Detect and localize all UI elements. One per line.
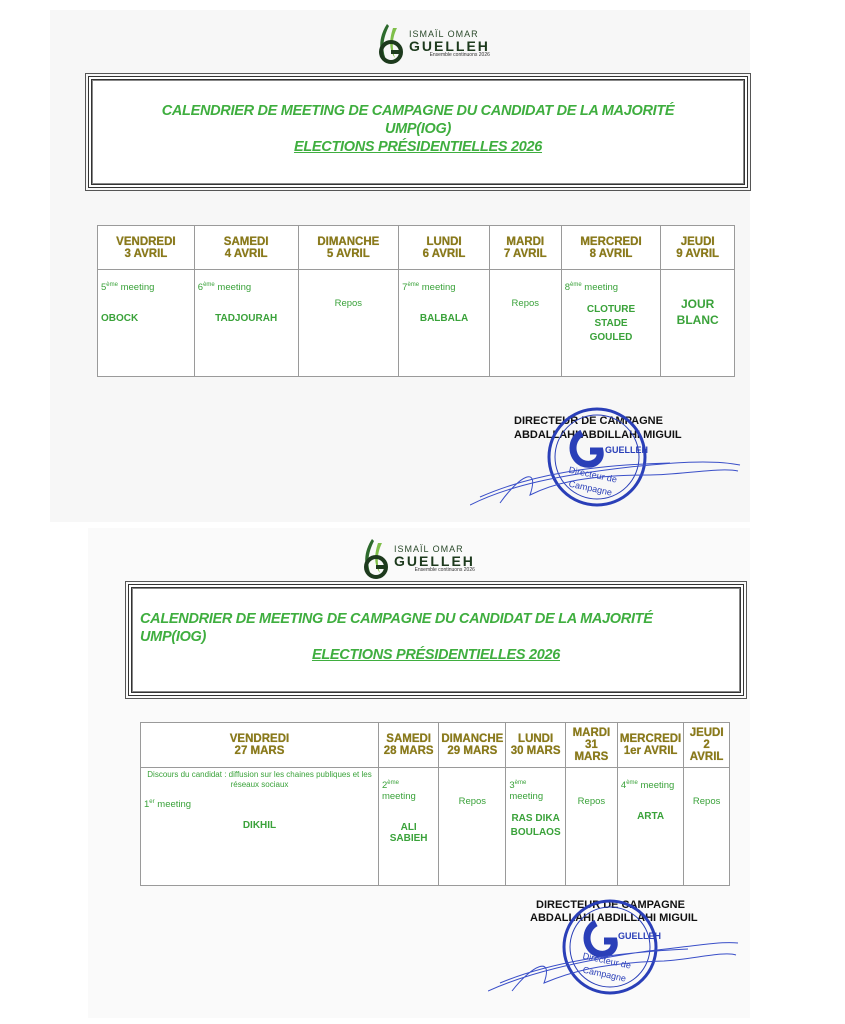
- title-line-3: ELECTIONS PRÉSIDENTIELLES 2026: [92, 138, 744, 156]
- day-date: 3 AVRIL: [100, 248, 192, 260]
- title-line-3: ELECTIONS PRÉSIDENTIELLES 2026: [140, 646, 732, 664]
- meeting-ordinal: ème: [106, 282, 118, 288]
- rest-day-label: Repos: [687, 796, 726, 807]
- title-box: CALENDRIER DE MEETING DE CAMPAGNE DU CAN…: [88, 76, 748, 188]
- day-name: VENDREDI: [143, 733, 376, 745]
- day-name: SAMEDI: [381, 733, 436, 745]
- day-date: 5 AVRIL: [301, 248, 397, 260]
- campaign-logo: ISMAÏL OMAR GUELLEH Ensemble continuons …: [373, 22, 490, 66]
- rest-day-label: Repos: [493, 298, 558, 309]
- meeting-label: 8ème meeting: [565, 282, 658, 293]
- day-cell: 5ème meetingOBOCK: [98, 270, 195, 377]
- day-cell: Repos: [684, 768, 730, 886]
- logo-last-name: GUELLEH: [394, 554, 475, 568]
- day-header: JEUDI2 AVRIL: [684, 723, 730, 768]
- day-header: JEUDI9 AVRIL: [661, 226, 735, 270]
- calendar-table-march: VENDREDI27 MARSSAMEDI28 MARSDIMANCHE29 M…: [140, 722, 730, 886]
- day-name: LUNDI: [401, 236, 487, 248]
- meeting-location-line: STADE: [565, 317, 658, 331]
- day-header: MERCREDI1er AVRIL: [617, 723, 683, 768]
- day-cell: 2ème meetingALI SABIEH: [378, 768, 438, 886]
- day-cell: 8ème meetingCLOTURESTADEGOULED: [561, 270, 661, 377]
- day-name: DIMANCHE: [441, 733, 503, 745]
- meeting-location-line: BOULAOS: [509, 826, 562, 840]
- meeting-label: 7ème meeting: [402, 282, 486, 293]
- calendar-table-april: VENDREDI3 AVRILSAMEDI4 AVRILDIMANCHE5 AV…: [97, 225, 735, 377]
- day-cell: 6ème meetingTADJOURAH: [194, 270, 298, 377]
- day-cell: 4ème meetingARTA: [617, 768, 683, 886]
- meeting-word: meeting: [582, 282, 618, 293]
- day-name: MARDI: [492, 236, 559, 248]
- meeting-ordinal: ème: [515, 780, 527, 786]
- meeting-label: 4ème meeting: [621, 780, 680, 791]
- campaign-stamp-icon: GUELLEH Directeur de Campagne: [470, 405, 750, 515]
- meeting-ordinal: ème: [387, 780, 399, 786]
- meeting-location: OBOCK: [101, 313, 191, 324]
- day-name: DIMANCHE: [301, 236, 397, 248]
- day-date: 29 MARS: [441, 745, 503, 757]
- meeting-label: 6ème meeting: [198, 282, 295, 293]
- header-row: VENDREDI3 AVRILSAMEDI4 AVRILDIMANCHE5 AV…: [98, 226, 735, 270]
- day-header: DIMANCHE29 MARS: [439, 723, 506, 768]
- day-header: VENDREDI3 AVRIL: [98, 226, 195, 270]
- day-cell: Discours du candidat : diffusion sur les…: [141, 768, 379, 886]
- meeting-label: 3ème meeting: [509, 780, 562, 802]
- meeting-word: meeting: [382, 791, 416, 802]
- svg-text:GUELLEH: GUELLEH: [605, 445, 648, 455]
- campaign-logo: ISMAÏL OMAR GUELLEH Ensemble continuons …: [358, 537, 475, 581]
- day-cell: Repos: [298, 270, 399, 377]
- day-header: MARDI7 AVRIL: [489, 226, 561, 270]
- meeting-location-line: CLOTURE: [565, 303, 658, 317]
- rest-day-label: Repos: [569, 796, 614, 807]
- day-name: VENDREDI: [100, 236, 192, 248]
- title-line-2: UMP(IOG): [140, 628, 732, 646]
- day-date: 2 AVRIL: [686, 739, 727, 763]
- day-cell: JOURBLANC: [661, 270, 735, 377]
- content-row: 5ème meetingOBOCK6ème meetingTADJOURAHRe…: [98, 270, 735, 377]
- meeting-location-line: RAS DIKA: [509, 812, 562, 826]
- day-date: 6 AVRIL: [401, 248, 487, 260]
- title-line-1: CALENDRIER DE MEETING DE CAMPAGNE DU CAN…: [140, 610, 732, 628]
- day-header: MARDI31 MARS: [565, 723, 617, 768]
- meeting-word: meeting: [155, 799, 191, 810]
- meeting-location-line: GOULED: [565, 331, 658, 345]
- meeting-label: 2ème meeting: [382, 780, 435, 802]
- meeting-word: meeting: [419, 282, 455, 293]
- blank-day-label: JOUR: [664, 296, 731, 312]
- blank-day-label: BLANC: [664, 312, 731, 328]
- signature-block: DIRECTEUR DE CAMPAGNE ABDALLAHI ABDILLAH…: [488, 895, 728, 1005]
- day-date: 7 AVRIL: [492, 248, 559, 260]
- rest-day-label: Repos: [302, 298, 396, 309]
- day-header: VENDREDI27 MARS: [141, 723, 379, 768]
- meeting-ordinal: ème: [626, 780, 638, 786]
- day-date: 30 MARS: [508, 745, 563, 757]
- meeting-label: 1er meeting: [144, 799, 375, 810]
- title-box: CALENDRIER DE MEETING DE CAMPAGNE DU CAN…: [128, 584, 744, 696]
- title-line-2: UMP(IOG): [92, 120, 744, 138]
- broadcast-note: Discours du candidat : diffusion sur les…: [144, 770, 375, 789]
- day-cell: Repos: [565, 768, 617, 886]
- day-header: DIMANCHE5 AVRIL: [298, 226, 399, 270]
- header-row: VENDREDI27 MARSSAMEDI28 MARSDIMANCHE29 M…: [141, 723, 730, 768]
- meeting-location: BALBALA: [402, 313, 486, 324]
- content-row: Discours du candidat : diffusion sur les…: [141, 768, 730, 886]
- day-cell: Repos: [439, 768, 506, 886]
- title-line-1: CALENDRIER DE MEETING DE CAMPAGNE DU CAN…: [92, 102, 744, 120]
- day-header: SAMEDI28 MARS: [378, 723, 438, 768]
- meeting-location: DIKHIL: [144, 820, 375, 831]
- meeting-location: ALI SABIEH: [382, 822, 435, 844]
- day-date: 31 MARS: [568, 739, 615, 763]
- svg-text:GUELLEH: GUELLEH: [618, 931, 661, 941]
- meeting-location: ARTA: [621, 811, 680, 822]
- day-date: 28 MARS: [381, 745, 436, 757]
- meeting-word: meeting: [509, 791, 543, 802]
- day-name: JEUDI: [663, 236, 732, 248]
- day-header: LUNDI30 MARS: [506, 723, 566, 768]
- ig-logo-icon: [358, 537, 392, 581]
- logo-last-name: GUELLEH: [409, 39, 490, 53]
- meeting-location: TADJOURAH: [198, 313, 295, 324]
- day-name: MERCREDI: [620, 733, 681, 745]
- day-name: LUNDI: [508, 733, 563, 745]
- signature-block: DIRECTEUR DE CAMPAGNE ABDALLAHI ABDILLAH…: [470, 405, 710, 515]
- meeting-label: 5ème meeting: [101, 282, 191, 293]
- day-date: 27 MARS: [143, 745, 376, 757]
- day-cell: Repos: [489, 270, 561, 377]
- meeting-ordinal: ème: [570, 282, 582, 288]
- day-cell: 7ème meetingBALBALA: [399, 270, 490, 377]
- meeting-word: meeting: [638, 780, 674, 791]
- day-date: 4 AVRIL: [197, 248, 296, 260]
- meeting-word: meeting: [118, 282, 154, 293]
- day-date: 1er AVRIL: [620, 745, 681, 757]
- day-name: SAMEDI: [197, 236, 296, 248]
- day-cell: 3ème meetingRAS DIKABOULAOS: [506, 768, 566, 886]
- rest-day-label: Repos: [442, 796, 502, 807]
- day-header: MERCREDI8 AVRIL: [561, 226, 661, 270]
- day-date: 9 AVRIL: [663, 248, 732, 260]
- day-header: LUNDI6 AVRIL: [399, 226, 490, 270]
- day-name: MARDI: [568, 727, 615, 739]
- meeting-word: meeting: [215, 282, 251, 293]
- day-name: JEUDI: [686, 727, 727, 739]
- campaign-stamp-icon: GUELLEH Directeur de Campagne: [488, 895, 748, 1005]
- day-name: MERCREDI: [564, 236, 659, 248]
- meeting-ordinal: ème: [203, 282, 215, 288]
- day-header: SAMEDI4 AVRIL: [194, 226, 298, 270]
- day-date: 8 AVRIL: [564, 248, 659, 260]
- ig-logo-icon: [373, 22, 407, 66]
- meeting-ordinal: ème: [407, 282, 419, 288]
